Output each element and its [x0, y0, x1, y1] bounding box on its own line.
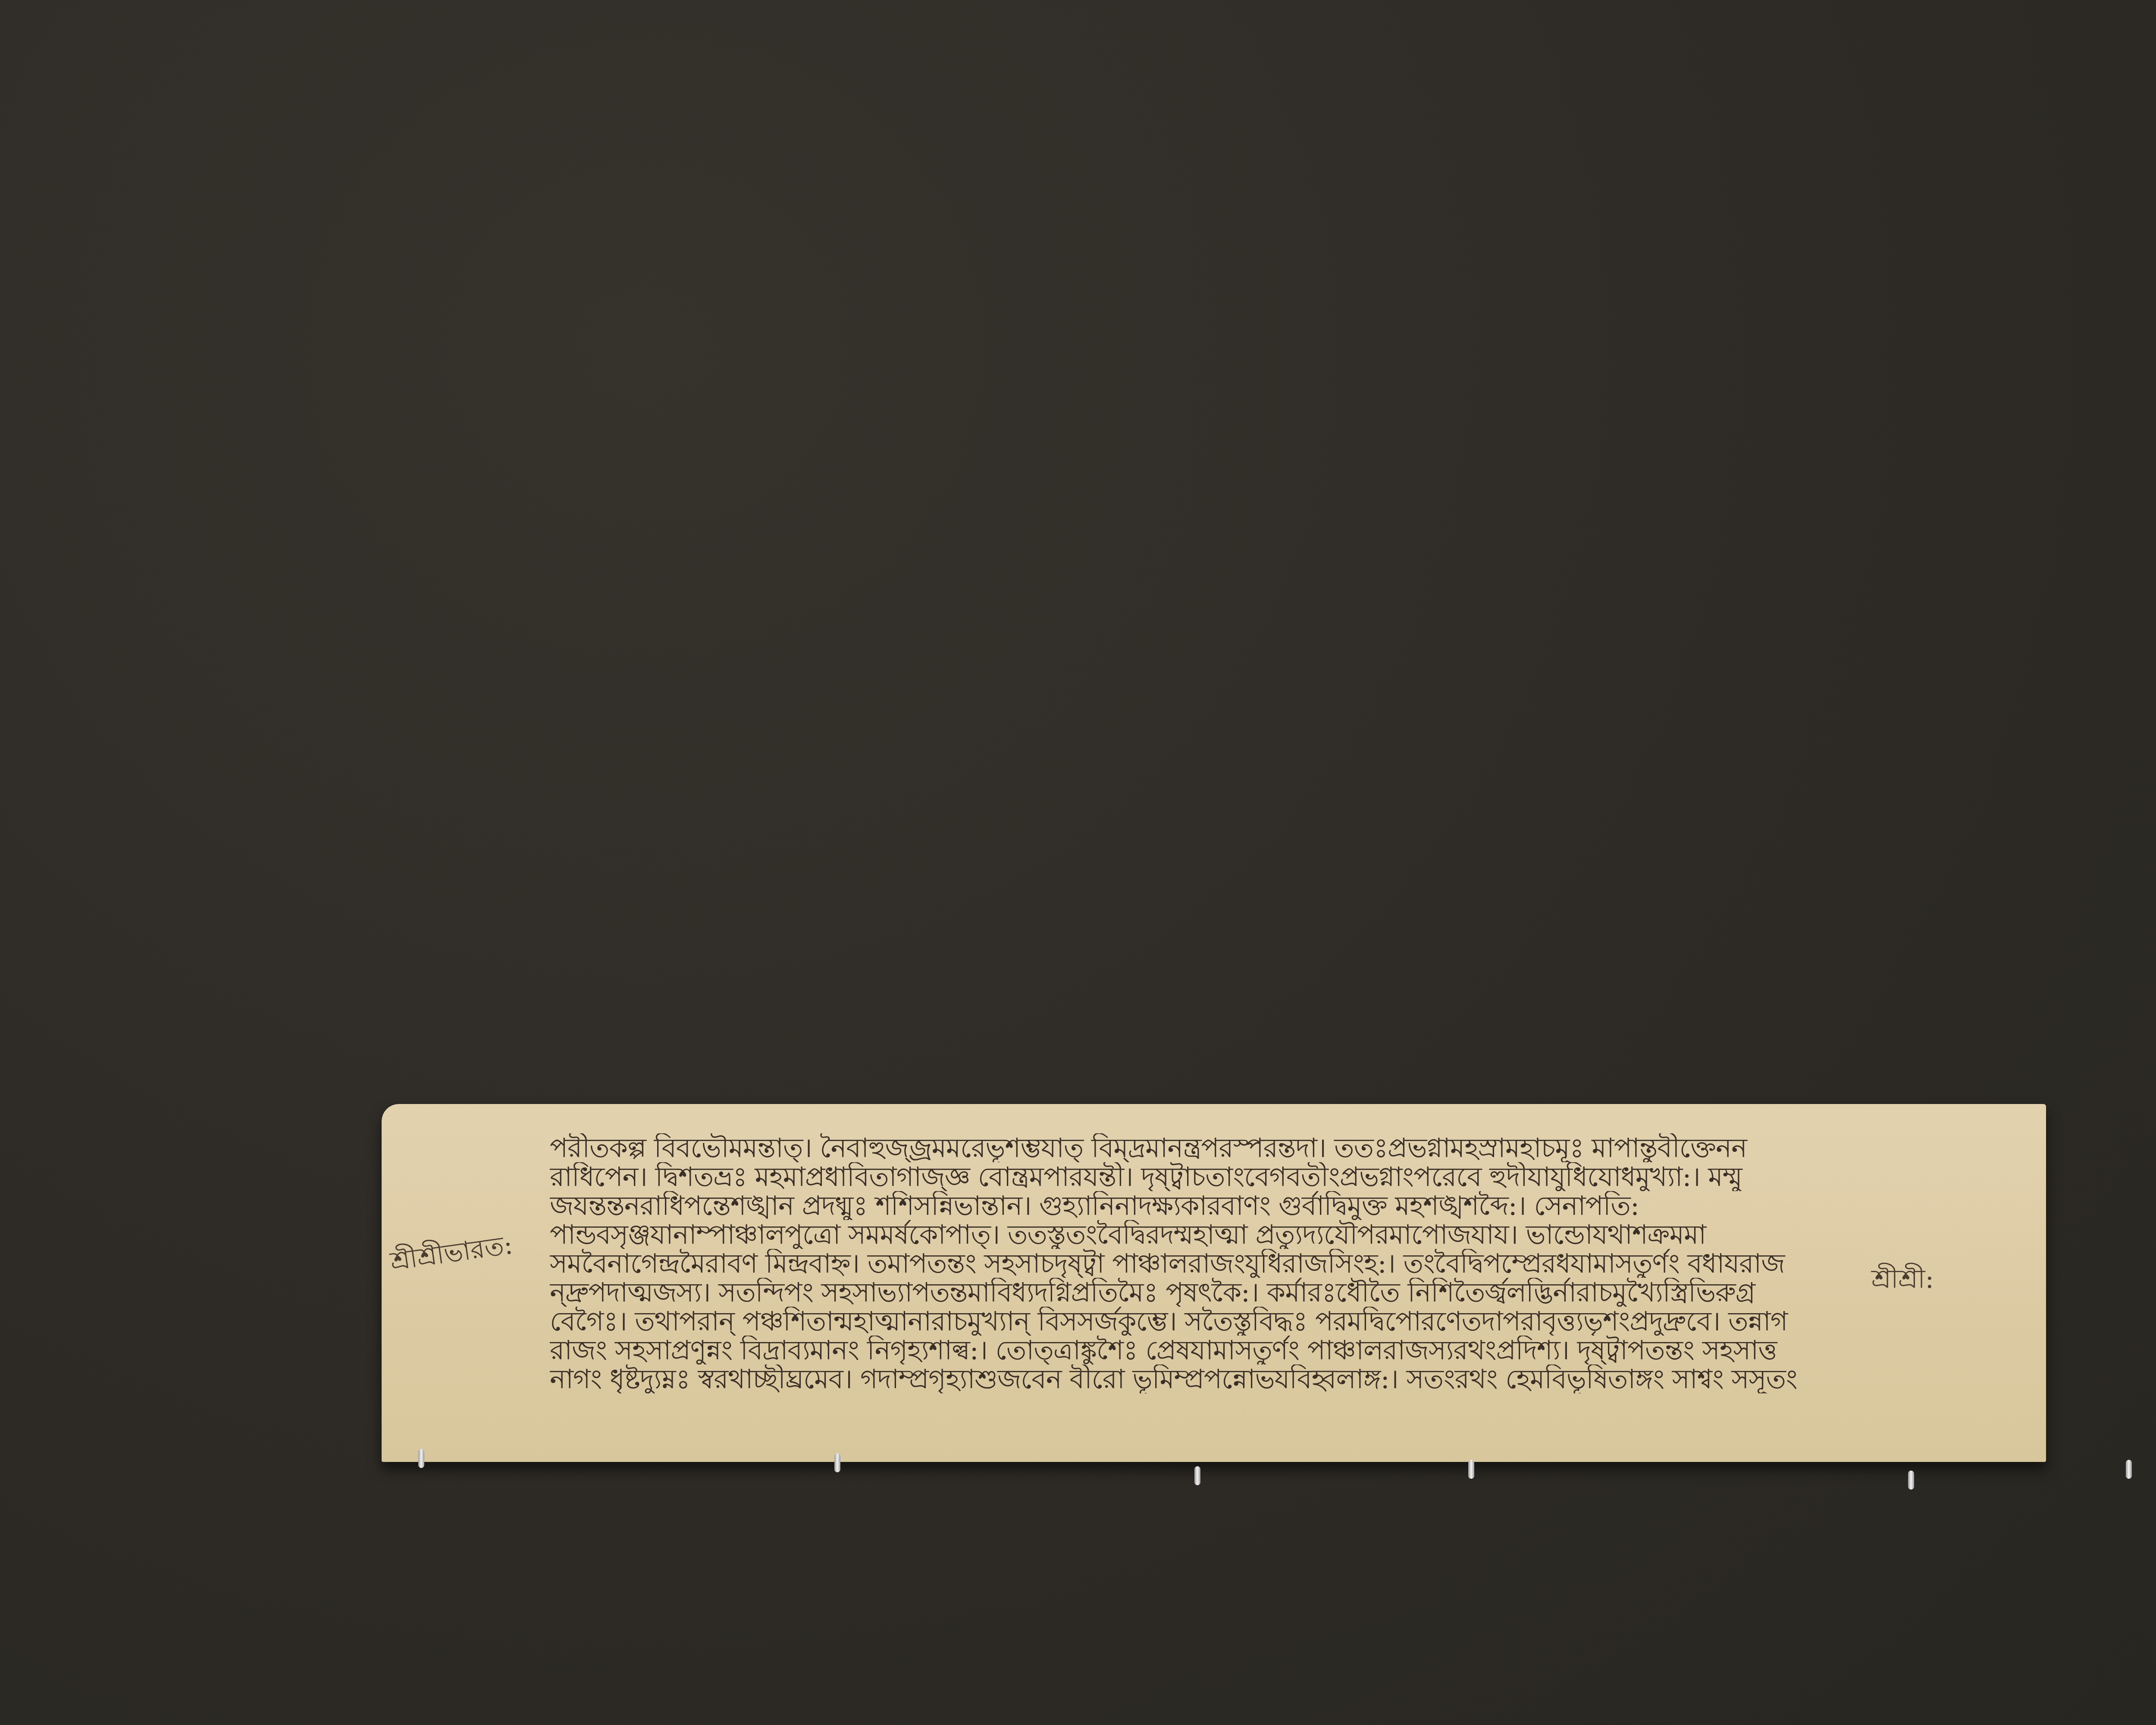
mounting-pin [834, 1453, 840, 1472]
manuscript-folio: শ্রীশ্রীভারত: পরীতকল্প বিবভৌমমন্তাত্। নৈ… [382, 1104, 2046, 1462]
text-line: নাগং ধৃষ্টদ্যুম্নঃ স্বরথাচ্ছীঘ্রমেব। গদা… [550, 1364, 1878, 1393]
text-line: জযন্তন্তনরাধিপন্তেশঙ্খান প্রদধ্মুঃ শশিসন… [550, 1191, 1878, 1220]
right-margin-note: শ্রীশ্রী: [1871, 1259, 1934, 1302]
text-line: সমবৈনাগেন্দ্রমৈরাবণ মিন্দ্রবাহ্ন। তমাপতন… [550, 1249, 1878, 1278]
mounting-pin [1194, 1466, 1200, 1485]
text-line: বেগৈঃ। তথাপরান্ পঞ্চশিতান্মহাত্মানারাচমু… [550, 1307, 1878, 1336]
text-line: পরীতকল্প বিবভৌমমন্তাত্। নৈবাহুজ্জ্রমমরেভ… [550, 1133, 1878, 1162]
text-line: রাজং সহসাপ্রণুন্নং বিদ্রাব্যমানং নিগৃহ্য… [550, 1336, 1878, 1364]
mounting-pin [1468, 1460, 1474, 1479]
mounting-pin [418, 1449, 424, 1468]
text-line: ন্দ্রুপদাত্মজস্য। সতন্দিপং সহসাভ্যাপতন্ত… [550, 1278, 1878, 1307]
text-line: রাধিপেন। দ্বিশতভ্রঃ মহমাপ্রধাবিতাগাজ্জ্ঞ… [550, 1162, 1878, 1191]
text-line: পান্ডবসৃঞ্জযানাম্পাঞ্চালপুত্রো সমমর্ষকোপ… [550, 1220, 1878, 1249]
mounting-pin [1908, 1471, 1914, 1490]
mounting-pin [2126, 1460, 2132, 1479]
manuscript-text-block: পরীতকল্প বিবভৌমমন্তাত্। নৈবাহুজ্জ্রমমরেভ… [550, 1133, 1878, 1393]
left-margin-note: শ্রীশ্রীভারত: [388, 1225, 515, 1285]
